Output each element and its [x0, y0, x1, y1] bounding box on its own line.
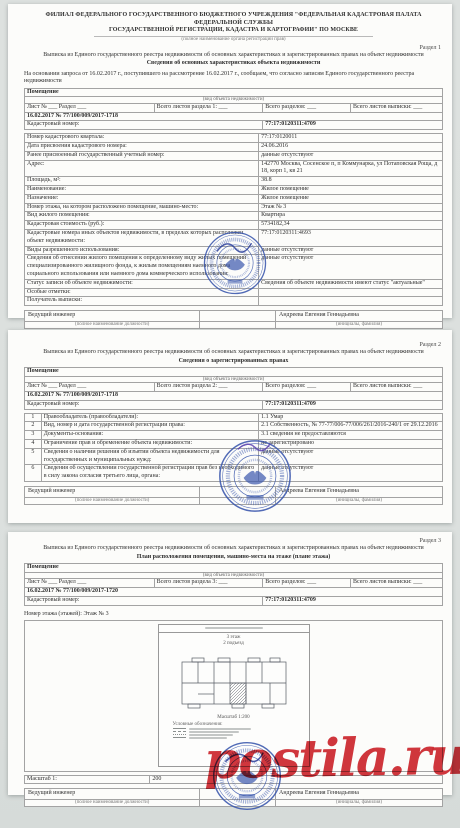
signer-name-caption: (инициалы, фамилия)	[276, 800, 442, 806]
attr-label: Вид жилого помещения:	[25, 212, 259, 221]
legend-line-dashed	[173, 731, 186, 732]
attr-label: Дата присвоения кадастрового номера:	[25, 142, 259, 151]
page3-subtitle: План расположения помещения, машино-мест…	[24, 554, 443, 562]
doc-number: 16.02.2017 № 77/100/009/2017-1720	[25, 588, 443, 597]
floor-number-line: Номер этажа (этажей): Этаж № 3	[24, 611, 443, 617]
total-sheets-section: Всего листов раздела 3: ___	[154, 579, 263, 588]
signer-name: Андреева Евгения Геннадьевна	[276, 487, 442, 498]
attr-value: Жилое помещение	[259, 185, 443, 194]
sheet-cell: Лист № ___ Раздел ___	[25, 579, 155, 588]
attr-label: Ранее присвоенный государственный учетны…	[25, 151, 259, 160]
attr-label: Назначение:	[25, 194, 259, 203]
table-row: Номер этажа, на котором расположено поме…	[25, 203, 443, 212]
cad-number-label: Кадастровый номер:	[25, 400, 263, 409]
attr-label: Номер кадастрового квартала:	[25, 134, 259, 143]
total-sheets-extract: Всего листов выписки: ___	[351, 103, 443, 112]
table-row: Площадь, м²:38.8	[25, 177, 443, 186]
total-sections: Всего разделов: ___	[263, 579, 351, 588]
table-row: Адрес:142770 Москва, Сосенское п, п Комм…	[25, 160, 443, 177]
stamp-emblem-icon	[225, 259, 245, 271]
plan-scale-note: Масштаб 1:200	[159, 715, 309, 720]
signer-name-caption: (инициалы, фамилия)	[276, 498, 442, 504]
sheet-cell: Лист № ___ Раздел ___	[25, 383, 155, 392]
legend-title: Условные обозначения:	[173, 722, 309, 727]
cad-number-label: Кадастровый номер:	[25, 121, 263, 130]
attr-value: данные отсутствуют	[259, 255, 443, 279]
attr-label: Площадь, м²:	[25, 177, 259, 186]
legend-line-dotted	[173, 734, 186, 735]
attr-value: данные отсутствуют	[259, 246, 443, 255]
attr-value: 24.06.2016	[259, 142, 443, 151]
attr-value: 38.8	[259, 177, 443, 186]
row-number: 1	[25, 413, 42, 422]
org-name-line2: ГОСУДАРСТВЕННОЙ РЕГИСТРАЦИИ, КАДАСТРА И …	[24, 27, 443, 35]
scale-label: Масштаб 1:	[25, 775, 150, 784]
cad-number-label: Кадастровый номер:	[25, 596, 263, 605]
row-number: 6	[25, 465, 42, 482]
attr-value: 77:17:0120311:4693	[259, 229, 443, 246]
sheet-cell: Лист № ___ Раздел ___	[25, 103, 155, 112]
org-caption: (полное наименование органа регистрации …	[24, 37, 443, 43]
legend-line-solid	[173, 728, 186, 729]
page2-header-table: Помещение (вид объекта недвижимости) Лис…	[24, 367, 443, 410]
row-number: 5	[25, 448, 42, 465]
signature-block-1: Ведущий инженер (полное наименование дол…	[24, 310, 443, 329]
total-sheets-section: Всего листов раздела 1: ___	[154, 103, 263, 112]
total-sheets-extract: Всего листов выписки: ___	[351, 579, 443, 588]
object-type: Помещение	[25, 368, 443, 377]
signer-role: Ведущий инженер	[25, 487, 199, 498]
cad-number-value: 77:17:0120311:4709	[263, 121, 443, 130]
cad-number-value: 77:17:0120311:4709	[263, 400, 443, 409]
signer-role: Ведущий инженер	[25, 311, 199, 322]
table-row: Ранее присвоенный государственный учетны…	[25, 151, 443, 160]
table-row: 1Правообладатель (правообладатели):1.1 У…	[25, 413, 443, 422]
signer-name: Андреева Евгения Геннадьевна	[276, 311, 442, 322]
org-name-line1: ФИЛИАЛ ФЕДЕРАЛЬНОГО ГОСУДАРСТВЕННОГО БЮД…	[24, 12, 443, 27]
object-type: Помещение	[25, 88, 443, 97]
total-sections: Всего разделов: ___	[263, 103, 351, 112]
total-sheets-extract: Всего листов выписки: ___	[351, 383, 443, 392]
page1-header-table: Помещение (вид объекта недвижимости) Лис…	[24, 88, 443, 131]
attr-label: Кадастровая стоимость (руб.):	[25, 221, 259, 230]
request-line: На основании запроса от 16.02.2017 г., п…	[24, 71, 443, 86]
attr-value: данные отсутствуют	[259, 151, 443, 160]
page2-subtitle: Сведения о зарегистрированных правах	[24, 358, 443, 366]
section-label-2: Раздел 2	[24, 342, 441, 348]
extract-title: Выписка из Единого государственного реес…	[24, 349, 443, 357]
section-label-3: Раздел 3	[24, 538, 441, 544]
attr-value: 5734182,34	[259, 221, 443, 230]
attr-value: 142770 Москва, Сосенское п, п Коммунарка…	[259, 160, 443, 177]
total-sheets-section: Всего листов раздела 2: ___	[154, 383, 263, 392]
attr-value: Квартира	[259, 212, 443, 221]
page3-header-table: Помещение (вид объекта недвижимости) Лис…	[24, 563, 443, 606]
attr-label: Номер этажа, на котором расположено поме…	[25, 203, 259, 212]
signer-role-caption: (полное наименование должности)	[25, 800, 199, 806]
table-row: Вид жилого помещения:Квартира	[25, 212, 443, 221]
attr-value	[259, 297, 443, 306]
table-row: 2Вид, номер и дата государственной регис…	[25, 422, 443, 431]
table-row: Наименование:Жилое помещение	[25, 185, 443, 194]
table-row: Получатель выписки:	[25, 297, 443, 306]
page1-subtitle: Сведения об основных характеристиках объ…	[24, 60, 443, 68]
plan-entrance-label: 2 подъезд	[159, 641, 309, 648]
attr-label: Адрес:	[25, 160, 259, 177]
signer-name: Андреева Евгения Геннадьевна	[276, 789, 442, 800]
floor-plan-drawing	[173, 650, 295, 714]
plan-title-strip	[159, 625, 309, 633]
attr-value: 77:17:0120011	[259, 134, 443, 143]
signer-name-caption: (инициалы, фамилия)	[276, 322, 442, 328]
cad-number-value: 77:17:0120311:4709	[263, 596, 443, 605]
total-sections: Всего разделов: ___	[263, 383, 351, 392]
attr-value: Этаж № 3	[259, 203, 443, 212]
row-number: 4	[25, 440, 42, 449]
attr-value: 2.1 Собственность, № 77-77/006-77/006/26…	[259, 422, 443, 431]
extract-title: Выписка из Единого государственного реес…	[24, 52, 443, 60]
table-row: Номер кадастрового квартала:77:17:012001…	[25, 134, 443, 143]
attr-label: Вид, номер и дата государственной регист…	[41, 422, 258, 431]
attr-label: Получатель выписки:	[25, 297, 259, 306]
signer-role-caption: (полное наименование должности)	[25, 322, 199, 328]
table-row: Кадастровая стоимость (руб.):5734182,34	[25, 221, 443, 230]
official-stamp-1	[202, 230, 268, 296]
attr-value: Сведения об объекте недвижимости имеют с…	[259, 279, 443, 288]
attr-value: 1.1 Умар	[259, 413, 443, 422]
stamp-emblem-icon	[244, 471, 267, 485]
legend-line-thin	[173, 737, 186, 738]
signer-role-caption: (полное наименование должности)	[25, 498, 199, 504]
postila-watermark: postila.ru	[204, 731, 460, 788]
attr-value	[259, 288, 443, 297]
attr-value: Жилое помещение	[259, 194, 443, 203]
object-type: Помещение	[25, 564, 443, 573]
attr-label: Правообладатель (правообладатели):	[41, 413, 258, 422]
doc-number: 16.02.2017 № 77/100/009/2017-1718	[25, 392, 443, 401]
table-row: Назначение:Жилое помещение	[25, 194, 443, 203]
section-label-1: Раздел 1	[24, 45, 441, 51]
official-stamp-2	[217, 438, 293, 514]
row-number: 2	[25, 422, 42, 431]
scanned-egrn-extract-photo: ФИЛИАЛ ФЕДЕРАЛЬНОГО ГОСУДАРСТВЕННОГО БЮД…	[0, 0, 460, 828]
row-number: 3	[25, 431, 42, 440]
extract-title: Выписка из Единого государственного реес…	[24, 545, 443, 553]
table-row: Дата присвоения кадастрового номера:24.0…	[25, 142, 443, 151]
signature-space	[200, 311, 275, 322]
attr-label: Наименование:	[25, 185, 259, 194]
signer-role: Ведущий инженер	[25, 789, 199, 800]
doc-number: 16.02.2017 № 77/100/009/2017-1718	[25, 112, 443, 121]
